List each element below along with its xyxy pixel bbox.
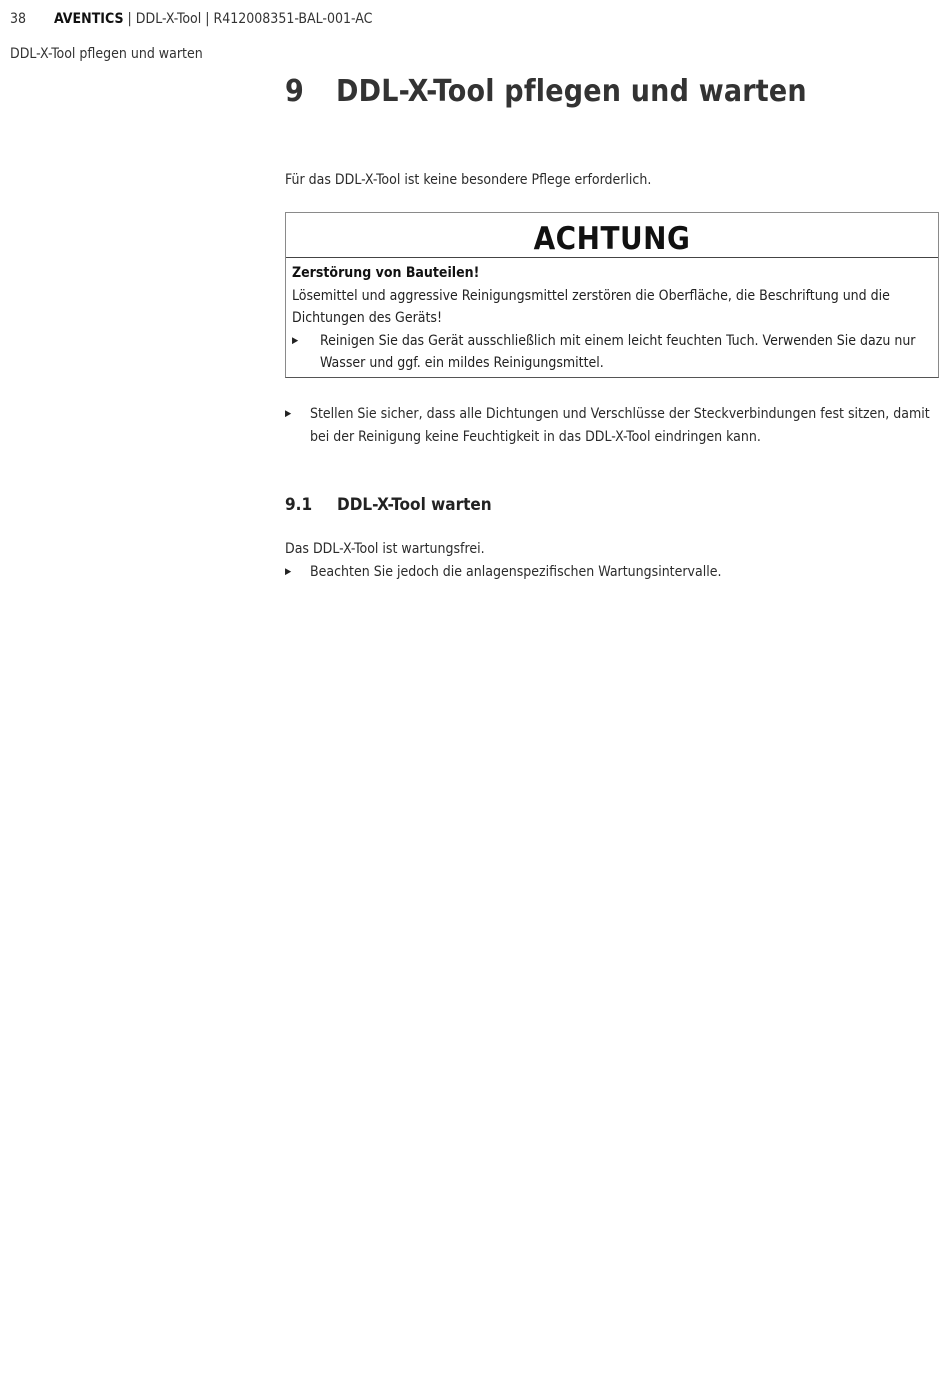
instruction-text: Beachten Sie jedoch die anlagenspezifisc… — [310, 564, 721, 580]
list-item: ▶ Stellen Sie sicher, dass alle Dichtung… — [285, 403, 935, 449]
section-instruction-list: ▶ Beachten Sie jedoch die anlagenspezifi… — [285, 561, 935, 584]
chapter-heading: 9DDL-X-Tool pflegen und warten — [285, 74, 807, 109]
section-number: 9.1 — [285, 495, 337, 515]
warning-action: ▶ Reinigen Sie das Gerät ausschließlich … — [292, 330, 932, 375]
triangle-right-icon: ▶ — [285, 403, 291, 426]
product-name: DDL-X-Tool — [136, 11, 201, 27]
list-item: ▶ Beachten Sie jedoch die anlagenspezifi… — [285, 561, 935, 584]
warning-title: ACHTUNG — [286, 213, 938, 258]
header-separator: | — [201, 11, 213, 27]
section-text: Das DDL-X-Tool ist wartungsfrei. — [285, 538, 485, 561]
section-heading: 9.1DDL-X-Tool warten — [285, 495, 492, 515]
running-section-title: DDL-X-Tool pflegen und warten — [10, 46, 203, 62]
warning-box: ACHTUNG Zerstörung von Bauteilen! Lösemi… — [285, 212, 939, 378]
instruction-text: Stellen Sie sicher, dass alle Dichtungen… — [310, 406, 930, 445]
chapter-number: 9 — [285, 74, 336, 109]
warning-action-text: Reinigen Sie das Gerät ausschließlich mi… — [320, 333, 915, 372]
section-title: DDL-X-Tool warten — [337, 495, 492, 515]
warning-text: Lösemittel und aggressive Reinigungsmitt… — [292, 285, 932, 330]
warning-headline: Zerstörung von Bauteilen! — [292, 262, 932, 285]
header-separator: | — [124, 11, 136, 27]
triangle-right-icon: ▶ — [285, 561, 291, 584]
brand-name: AVENTICS — [54, 11, 124, 27]
page-number: 38 — [10, 11, 54, 27]
triangle-right-icon: ▶ — [292, 330, 298, 353]
chapter-title: DDL-X-Tool pflegen und warten — [336, 74, 807, 109]
instruction-list: ▶ Stellen Sie sicher, dass alle Dichtung… — [285, 403, 935, 449]
document-id: R412008351-BAL-001-AC — [213, 11, 372, 27]
page-header: 38AVENTICS | DDL-X-Tool | R412008351-BAL… — [10, 11, 372, 27]
chapter-intro: Für das DDL-X-Tool ist keine besondere P… — [285, 169, 651, 192]
